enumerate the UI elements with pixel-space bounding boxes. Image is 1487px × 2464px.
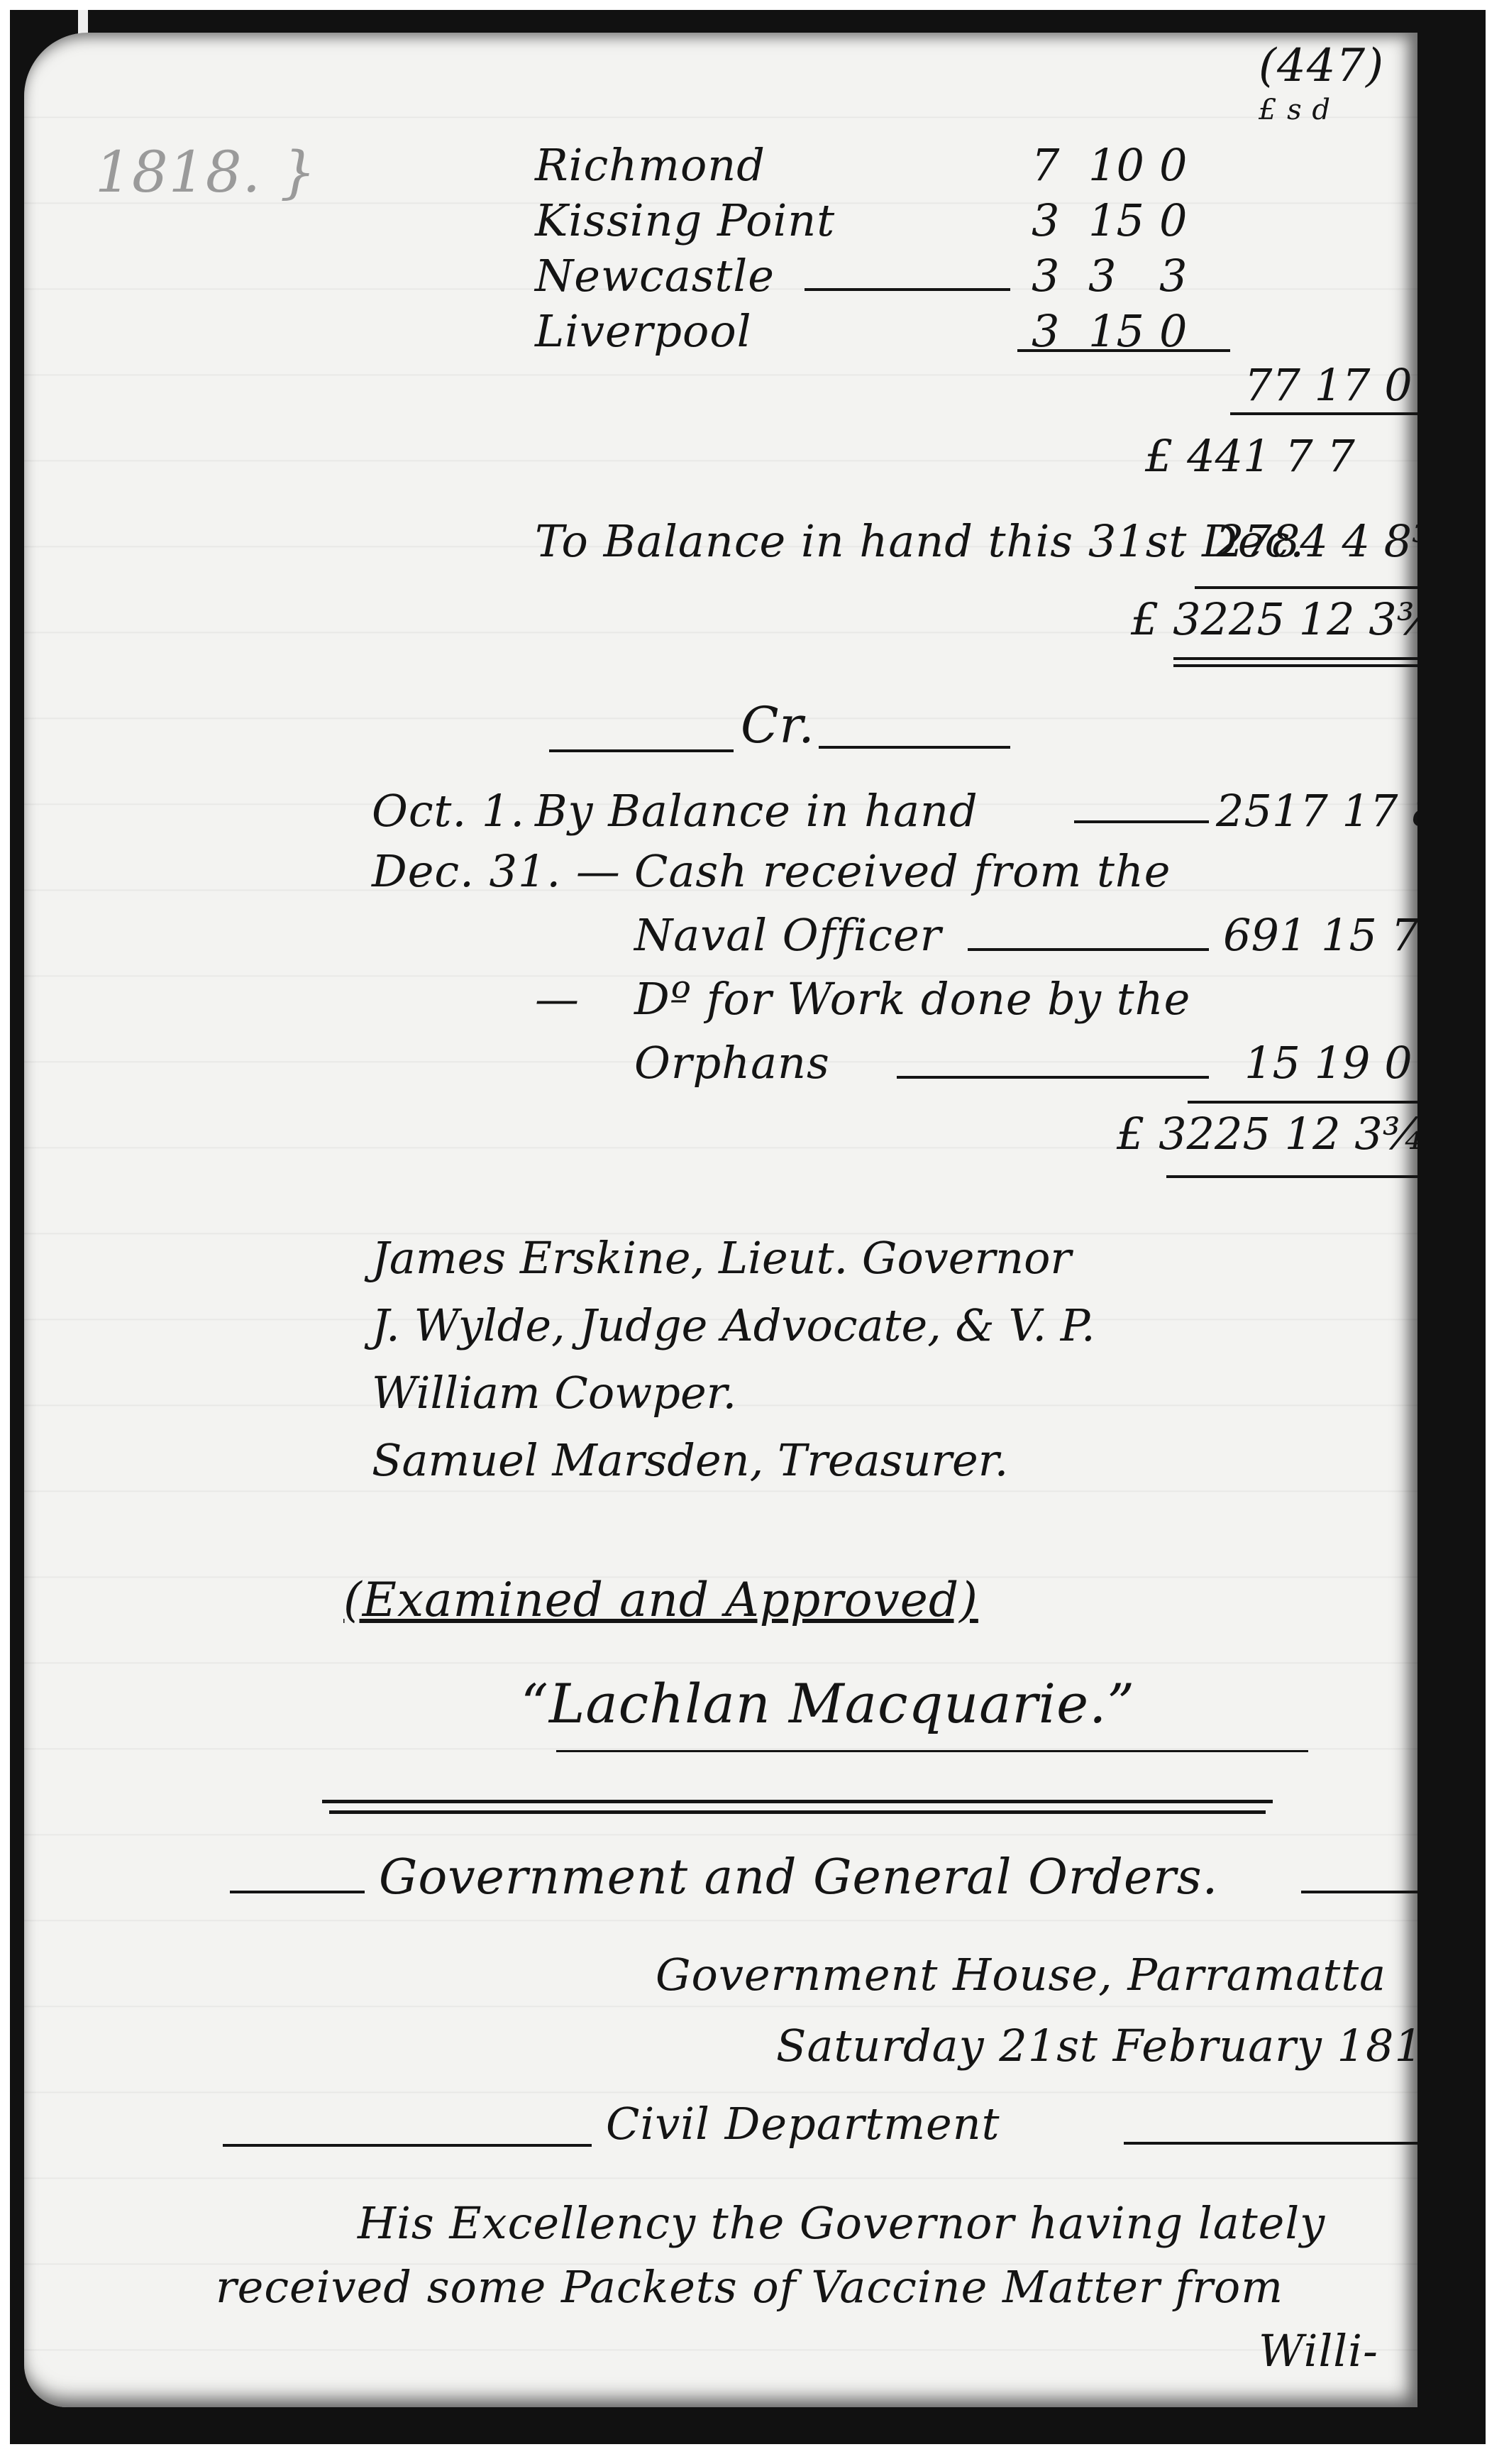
approval-note: (Examined and Approved) xyxy=(343,1573,978,1627)
debit-grand-total: £ 3225 12 3¾ xyxy=(1131,593,1417,645)
signatory: James Erskine, Lieut. Governor xyxy=(372,1232,1071,1284)
orders-heading-rule-left xyxy=(230,1891,365,1893)
credit-description-cont: Orphans xyxy=(634,1037,830,1089)
credit-heading-rule-right xyxy=(819,746,1010,749)
order-body-line: received some Packets of Vaccine Matter … xyxy=(216,2261,1283,2313)
shillings: 15 xyxy=(1088,194,1159,246)
credit-date: Oct. 1. xyxy=(372,785,525,837)
credit-amount: 691 15 7 xyxy=(1223,909,1417,961)
credit-description: By Balance in hand xyxy=(535,785,978,837)
pounds: 7 xyxy=(1032,139,1088,191)
debit-row: Richmond 7 10 0 xyxy=(535,139,1187,191)
section-double-rule xyxy=(329,1810,1266,1814)
signatory: William Cowper. xyxy=(372,1367,736,1419)
debit-row: Newcastle 3 3 3 xyxy=(535,250,1187,302)
grand-total-double-rule xyxy=(1173,657,1417,660)
governor-signature: “Lachlan Macquarie.” xyxy=(521,1672,1135,1735)
credit-heading: Cr. xyxy=(741,696,815,754)
credit-amount: 15 19 0 xyxy=(1244,1037,1413,1089)
order-body-line: His Excellency the Governor having latel… xyxy=(358,2197,1325,2249)
signatory: J. Wylde, Judge Advocate, & V. P. xyxy=(372,1299,1095,1351)
signature-underline xyxy=(556,1750,1308,1752)
leader-line xyxy=(897,1076,1209,1079)
debit-row: Kissing Point 3 15 0 xyxy=(535,194,1187,246)
year-margin-note: 1818. } xyxy=(95,139,316,205)
credit-amount: 2517 17 8¾ xyxy=(1216,785,1417,837)
credit-description: Dº for Work done by the xyxy=(634,973,1190,1025)
manuscript-page: 1818. } (447) £ s d Richmond 7 10 0 Kiss… xyxy=(24,33,1417,2407)
place-name: Newcastle xyxy=(535,250,1032,302)
currency-header: £ s d xyxy=(1259,94,1331,126)
folio-number: (447) xyxy=(1259,40,1384,92)
credit-heading-rule-left xyxy=(549,749,734,752)
signatory: Samuel Marsden, Treasurer. xyxy=(372,1434,1008,1486)
credit-description: Cash received from the xyxy=(634,845,1171,897)
place-name: Richmond xyxy=(535,139,1032,191)
pence: 0 xyxy=(1159,194,1187,246)
credit-description-cont: Naval Officer xyxy=(634,909,941,961)
leader-line xyxy=(968,948,1209,951)
balance-label: To Balance in hand this 31st Dec. xyxy=(535,515,1305,567)
subtotal: 77 17 0 xyxy=(1244,359,1413,411)
catchword: Willi- xyxy=(1259,2325,1378,2377)
department-heading: Civil Department xyxy=(606,2098,1000,2150)
pounds: 3 xyxy=(1032,250,1088,302)
leader-line xyxy=(805,288,1010,291)
credit-date: Dec. 31. — xyxy=(372,845,621,897)
place-name: Kissing Point xyxy=(535,194,1032,246)
place-name: Liverpool xyxy=(535,305,1032,357)
balance-rule xyxy=(1195,586,1417,589)
department-rule-right xyxy=(1124,2142,1417,2145)
grand-total-double-rule xyxy=(1173,664,1417,667)
debit-total: £ 441 7 7 xyxy=(1145,430,1355,482)
orders-heading: Government and General Orders. xyxy=(379,1849,1218,1905)
balance-amount: 2784 4 8¾ xyxy=(1216,515,1417,567)
pence: 3 xyxy=(1159,250,1187,302)
orders-date: Saturday 21st February 1818. xyxy=(776,2020,1417,2072)
pounds: 3 xyxy=(1032,194,1088,246)
orders-heading-rule-right xyxy=(1301,1891,1417,1893)
credit-total: £ 3225 12 3¾ xyxy=(1117,1108,1417,1160)
credit-date: — xyxy=(535,973,580,1025)
subtotal-underline xyxy=(1230,412,1417,415)
orders-place: Government House, Parramatta xyxy=(656,1949,1386,2001)
section-double-rule xyxy=(322,1800,1273,1803)
shillings: 10 xyxy=(1088,139,1159,191)
subtotal-rule xyxy=(1017,349,1230,352)
pence: 0 xyxy=(1159,139,1187,191)
credit-total-rule xyxy=(1188,1101,1417,1104)
department-rule-left xyxy=(223,2144,592,2147)
credit-total-double-rule xyxy=(1166,1175,1417,1178)
leader-line xyxy=(1074,820,1209,823)
shillings: 3 xyxy=(1088,250,1159,302)
